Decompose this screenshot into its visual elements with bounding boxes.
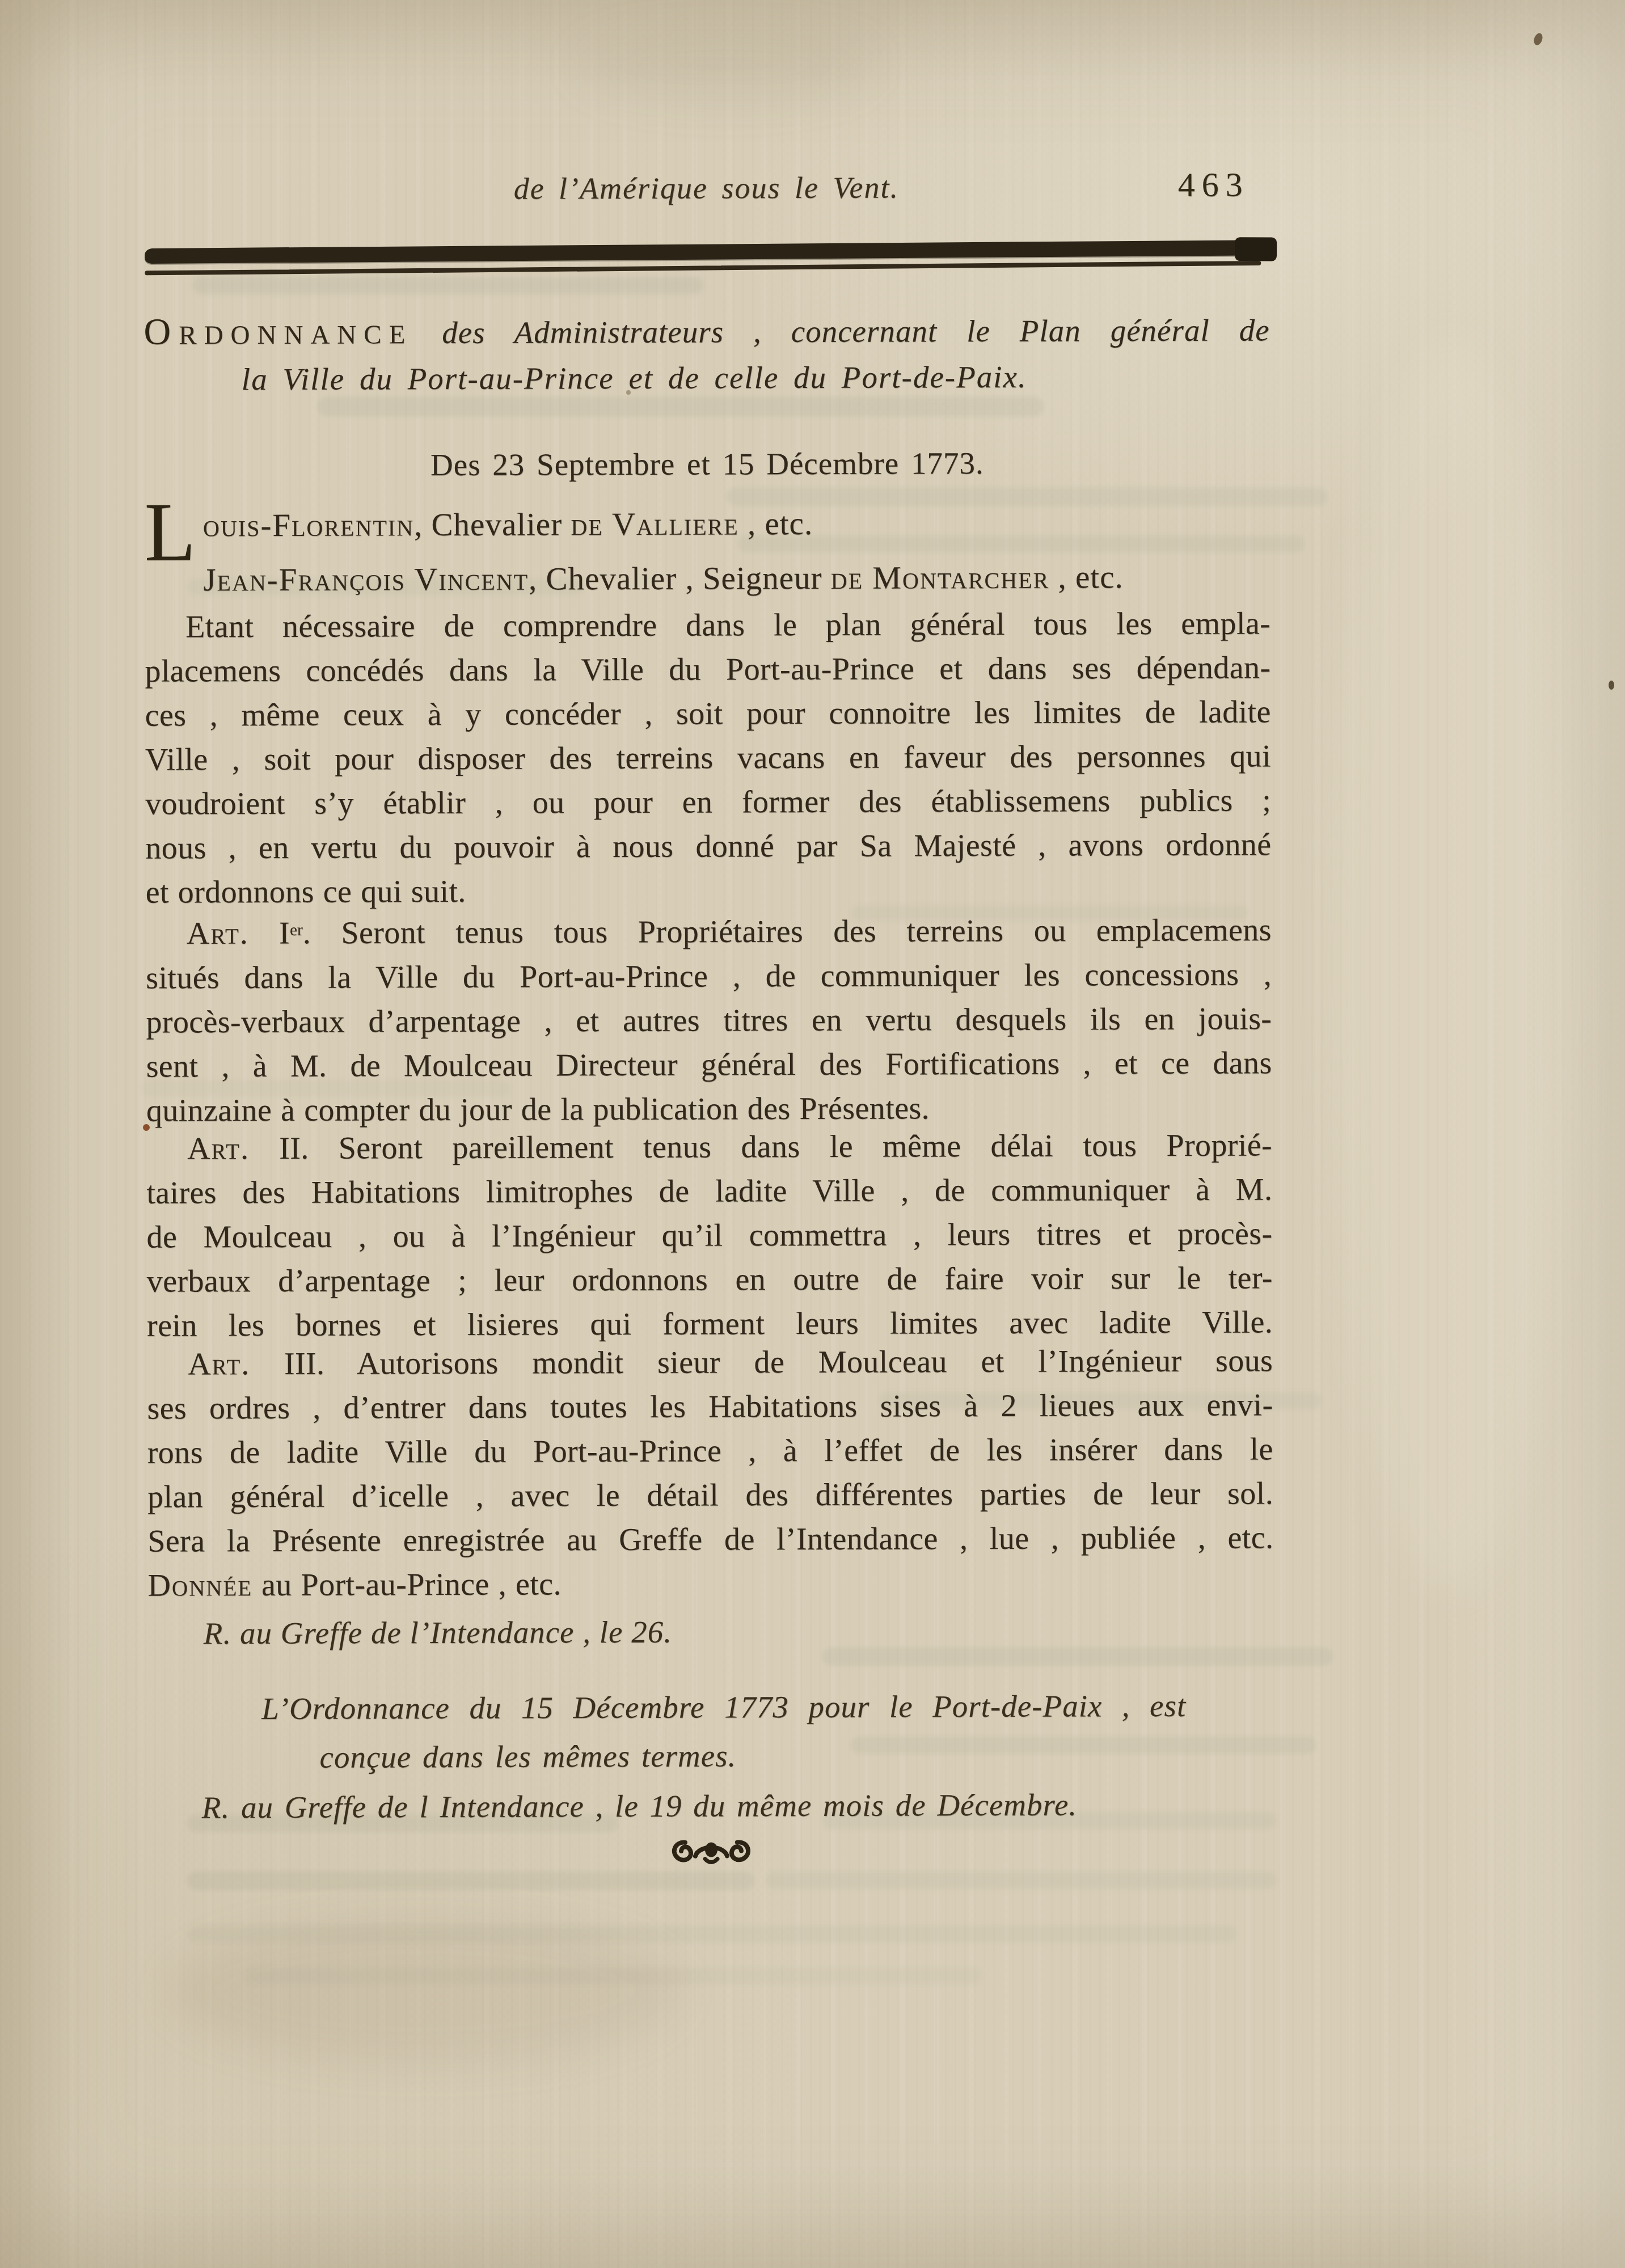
small-caps-text: de Montarcher	[831, 560, 1050, 596]
title-italic-rest: des Administrateurs , concernant le Plan…	[412, 312, 1269, 350]
text-line: placemens concédés dans la Ville du Port…	[145, 645, 1271, 693]
text-run: ces , même ceux à y concéder , soit pour…	[145, 694, 1271, 733]
text-run: situés dans la Ville du Port-au-Prince ,…	[146, 957, 1272, 995]
ordinance-title-line1: ORDONNANCE des Administrateurs , concern…	[143, 308, 1269, 362]
title-initial: O	[143, 311, 179, 353]
text-run: procès-verbaux d’arpentage , et autres t…	[146, 1001, 1272, 1040]
text-run: Ville , soit pour disposer des terreins …	[145, 738, 1271, 777]
text-run: de Moulceau , ou à l’Ingénieur qu’il com…	[146, 1216, 1272, 1255]
text-line: rons de ladite Ville du Port-au-Prince ,…	[147, 1427, 1273, 1475]
text-line: Etant nécessaire de comprendre dans le p…	[145, 601, 1271, 649]
text-line: Sera la Présente enregistrée au Greffe d…	[147, 1515, 1273, 1563]
signatory-line-2: Jean-François Vincent, Chevalier , Seign…	[145, 550, 1271, 607]
section-divider-rule	[145, 240, 1272, 274]
text-run: , Chevalier	[414, 506, 571, 543]
small-caps-text: Art.	[187, 916, 249, 951]
text-run: , etc.	[1049, 559, 1124, 595]
rule-thin-bar	[145, 261, 1261, 276]
text-run: nous , en vertu du pouvoir à nous donné …	[145, 827, 1271, 865]
signatory-block: Louis-Florentin, Chevalier de Valliere ,…	[144, 495, 1271, 607]
date-line: Des 23 Septembre et 15 Décembre 1773.	[144, 444, 1270, 483]
text-run: III. Autorisons mondit sieur de Moulceau…	[250, 1343, 1273, 1382]
signatory-1-text: ouis-Florentin, Chevalier de Valliere , …	[203, 506, 813, 543]
text-run: plan général d’icelle , avec le détail d…	[147, 1476, 1273, 1514]
article-2: Art. II. Seront pareillement tenus dans …	[146, 1123, 1273, 1348]
text-line: nous , en vertu du pouvoir à nous donné …	[145, 822, 1271, 870]
text-run: taires des Habitations limitrophes de la…	[146, 1172, 1272, 1210]
text-line: de Moulceau , ou à l’Ingénieur qu’il com…	[146, 1211, 1272, 1259]
text-line: voudroient s’y établir , ou pour en form…	[145, 778, 1271, 826]
registration-note-2: R. au Greffe de l Intendance , le 19 du …	[202, 1787, 1078, 1826]
port-de-paix-note-line1: L’Ordonnance du 15 Décembre 1773 pour le…	[261, 1688, 1186, 1726]
small-caps-text: Art.	[188, 1346, 250, 1382]
small-caps-text: de Valliere	[571, 506, 739, 542]
signatory-2-text: Jean-François Vincent, Chevalier , Seign…	[203, 559, 1124, 598]
port-de-paix-note-line2: conçue dans les mêmes termes.	[319, 1738, 736, 1775]
superscript-text: er	[290, 921, 303, 939]
text-line: verbaux d’arpentage ; leur ordonnons en …	[147, 1256, 1273, 1303]
text-run: II. Seront pareillement tenus dans le mê…	[250, 1127, 1272, 1166]
text-run: Sera la Présente enregistrée au Greffe d…	[147, 1520, 1273, 1559]
text-run: , etc.	[739, 506, 813, 542]
signatory-line-1: Louis-Florentin, Chevalier de Valliere ,…	[144, 495, 1270, 553]
text-run: au Port-au-Prince , etc.	[252, 1566, 562, 1603]
text-run: quinzaine à compter du jour de la public…	[146, 1091, 930, 1128]
page-number: 463	[1178, 166, 1250, 205]
text-line: ses ordres , d’entrer dans toutes les Ha…	[147, 1383, 1273, 1430]
text-run: rons de ladite Ville du Port-au-Prince ,…	[147, 1431, 1273, 1470]
printed-text-layer: de l’Amérique sous le Vent. 463 ORDONNAN…	[0, 0, 1625, 2268]
text-line: Donnée au Port-au-Prince , etc.	[147, 1560, 1273, 1607]
text-run: et ordonnons ce qui suit.	[146, 874, 466, 910]
text-line: Ville , soit pour disposer des terreins …	[145, 734, 1271, 782]
text-run: Etant nécessaire de comprendre dans le p…	[185, 606, 1271, 644]
title-caps: RDONNANCE	[179, 320, 412, 350]
small-caps-text: Art.	[187, 1131, 250, 1166]
ordinance-title-line2: la Ville du Port-au-Prince et de celle d…	[242, 359, 1027, 397]
text-line: ces , même ceux à y concéder , soit pour…	[145, 690, 1271, 737]
registration-note-1: R. au Greffe de l’Intendance , le 26.	[204, 1614, 672, 1652]
opening-paragraph: Etant nécessaire de comprendre dans le p…	[145, 601, 1272, 914]
text-run: , Chevalier , Seigneur	[529, 560, 831, 597]
text-run: voudroient s’y établir , ou pour en form…	[145, 783, 1271, 821]
text-run: rein les bornes et lisieres qui forment …	[147, 1304, 1273, 1343]
drop-cap-initial: L	[144, 501, 196, 563]
text-line: taires des Habitations limitrophes de la…	[146, 1167, 1272, 1215]
article-3-and-closing: Art. III. Autorisons mondit sieur de Mou…	[147, 1338, 1273, 1607]
fleuron-ornament-icon	[666, 1833, 757, 1869]
scanned-page: de l’Amérique sous le Vent. 463 ORDONNAN…	[0, 0, 1625, 2268]
text-line: situés dans la Ville du Port-au-Prince ,…	[146, 952, 1272, 1000]
small-caps-text: Jean-François Vincent	[203, 561, 529, 598]
text-run: verbaux d’arpentage ; leur ordonnons en …	[147, 1260, 1273, 1299]
text-line: plan général d’icelle , avec le détail d…	[147, 1471, 1273, 1519]
small-caps-text: Donnée	[147, 1568, 252, 1603]
running-header: de l’Amérique sous le Vent.	[143, 168, 1269, 207]
small-caps-text: ouis-Florentin	[203, 507, 414, 543]
text-run: ses ordres , d’entrer dans toutes les Ha…	[147, 1387, 1273, 1426]
text-line: procès-verbaux d’arpentage , et autres t…	[146, 996, 1272, 1044]
article-1: Art. Ier. Seront tenus tous Propriétaire…	[146, 905, 1272, 1133]
text-line: Art. II. Seront pareillement tenus dans …	[146, 1123, 1272, 1171]
rule-thick-bar	[145, 240, 1272, 264]
text-run: I	[249, 915, 290, 951]
text-line: Art. Ier. Seront tenus tous Propriétaire…	[146, 905, 1272, 956]
text-line: Art. III. Autorisons mondit sieur de Mou…	[147, 1338, 1273, 1386]
text-run: . Seront tenus tous Propriétaires des te…	[303, 913, 1272, 951]
text-run: sent , à M. de Moulceau Directeur généra…	[146, 1045, 1272, 1084]
text-line: sent , à M. de Moulceau Directeur généra…	[146, 1041, 1272, 1088]
text-run: placemens concédés dans la Ville du Port…	[145, 650, 1271, 689]
